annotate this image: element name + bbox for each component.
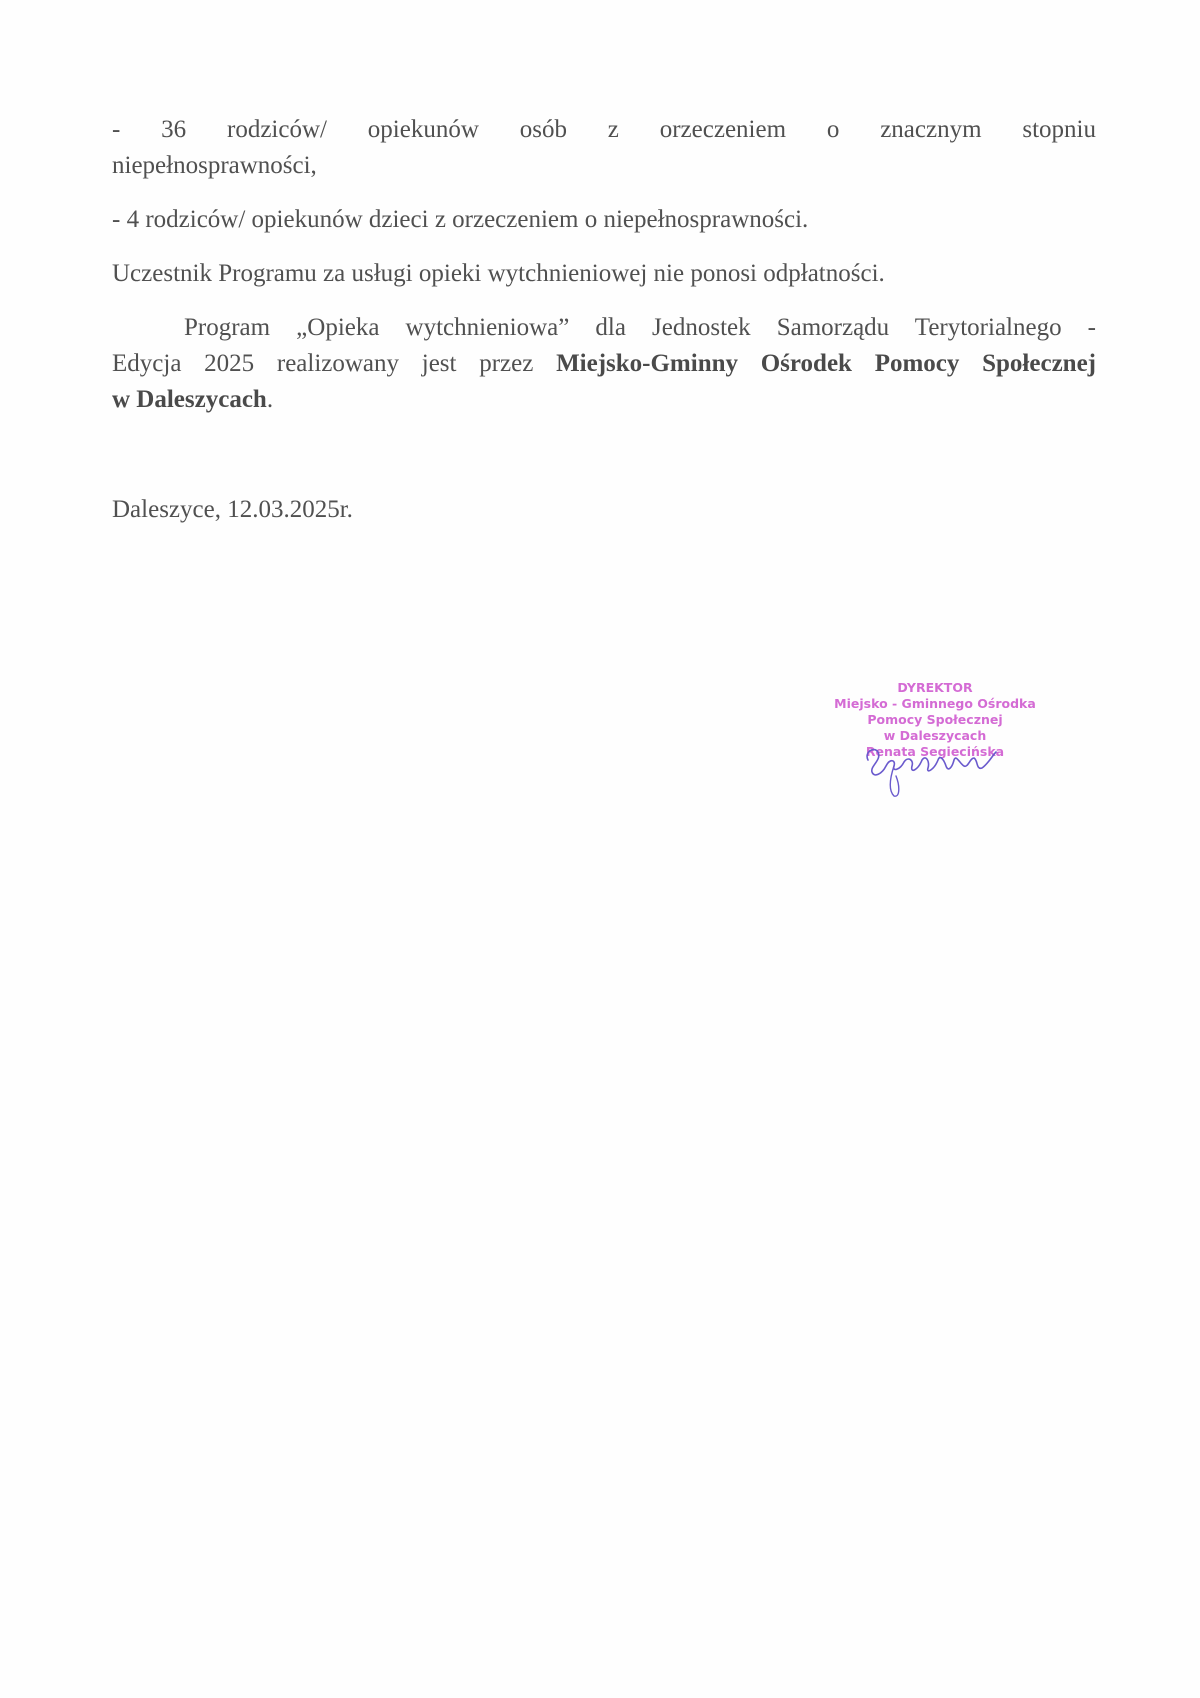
- program-line-1: Program „Opieka wytchnieniowa” dla Jedno…: [112, 310, 1096, 346]
- bullet-2: - 4 rodziców/ opiekunów dzieci z orzecze…: [112, 202, 1096, 238]
- stamp-line-2: Pomocy Społecznej: [820, 712, 1050, 728]
- program-line-2-prefix: Edycja 2025 realizowany jest przez: [112, 350, 556, 377]
- program-line-2: Edycja 2025 realizowany jest przez Miejs…: [112, 346, 1096, 382]
- stamp-title: DYREKTOR: [820, 680, 1050, 696]
- bullet-1-line-2: niepełnosprawności,: [112, 148, 1096, 184]
- participant-note: Uczestnik Programu za usługi opieki wytc…: [112, 256, 1096, 292]
- institution-location: w Daleszycach: [112, 386, 267, 413]
- bullet-1-line-1: - 36 rodziców/ opiekunów osób z orzeczen…: [112, 112, 1096, 148]
- institution-name: Miejsko-Gminny Ośrodek Pomocy Społecznej: [556, 350, 1096, 377]
- place-date: Daleszyce, 12.03.2025r.: [112, 492, 1096, 528]
- program-line-3-suffix: .: [267, 386, 273, 413]
- stamp-line-1: Miejsko - Gminnego Ośrodka: [820, 696, 1050, 712]
- signature-icon: [860, 730, 1010, 800]
- program-line-3: w Daleszycach.: [112, 382, 1096, 418]
- document-page: - 36 rodziców/ opiekunów osób z orzeczen…: [0, 0, 1200, 1698]
